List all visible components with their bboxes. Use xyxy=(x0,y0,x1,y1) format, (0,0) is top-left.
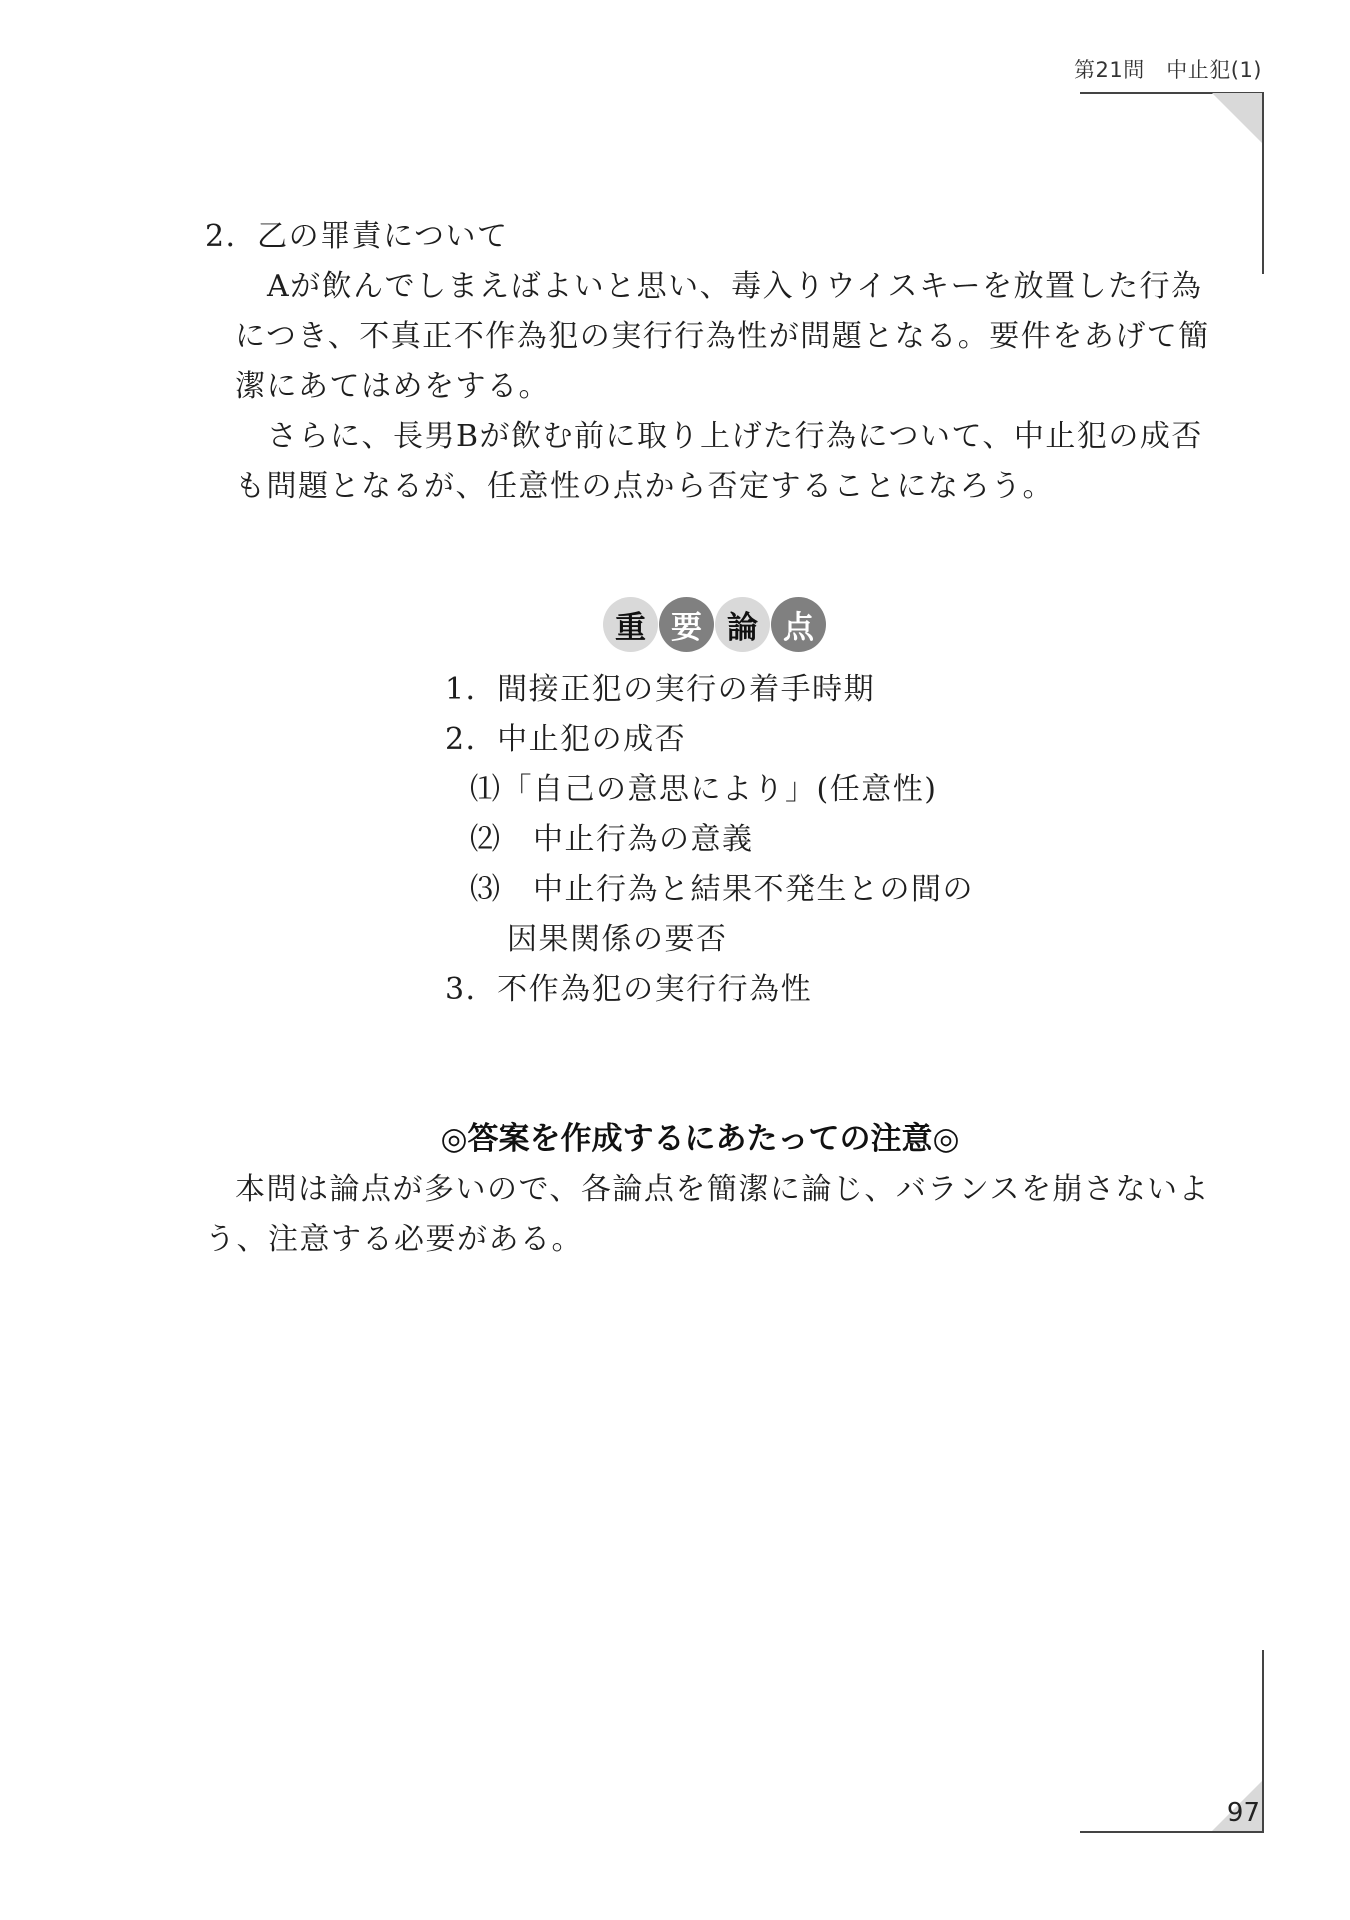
answer-note-body: 本問は論点が多いので、各論点を簡潔に論じ、バランスを崩さないよ う、注意する必要… xyxy=(205,1165,1210,1265)
section-2-paragraph: 2．乙の罪責について Aが飲んでしまえばよいと思い、毒入りウイスキーを放置した行… xyxy=(205,212,1235,512)
key-point-subitem: ⑶ 中止行為と結果不発生との間の xyxy=(445,865,974,915)
bottom-corner-rule-horizontal xyxy=(1080,1831,1264,1833)
section-heading: 2．乙の罪責について xyxy=(205,212,1235,262)
key-point-subitem: ⑵ 中止行為の意義 xyxy=(445,815,974,865)
paragraph-line: Aが飲んでしまえばよいと思い、毒入りウイスキーを放置した行為 xyxy=(205,262,1235,312)
key-points-list: 1．間接正犯の実行の着手時期 2．中止犯の成否 ⑴「自己の意思により」(任意性)… xyxy=(445,665,974,1015)
key-points-badge: 重 要 論 点 xyxy=(603,597,826,652)
bottom-corner-rule-vertical xyxy=(1262,1650,1264,1833)
running-header: 第21問 中止犯(1) xyxy=(1050,54,1262,84)
key-point-subitem-continued: 因果関係の要否 xyxy=(445,915,974,965)
key-point-subitem: ⑴「自己の意思により」(任意性) xyxy=(445,765,974,815)
key-point-item: 2．中止犯の成否 xyxy=(445,715,974,765)
top-corner-triangle xyxy=(1212,93,1262,143)
badge-circle: 重 xyxy=(603,597,658,652)
badge-circle: 点 xyxy=(771,597,826,652)
page-number: 97 xyxy=(1220,1798,1260,1828)
answer-note-title: ◎答案を作成するにあたっての注意◎ xyxy=(0,1113,1350,1158)
key-point-item: 1．間接正犯の実行の着手時期 xyxy=(445,665,974,715)
badge-circle: 論 xyxy=(715,597,770,652)
paragraph-line: さらに、長男Bが飲む前に取り上げた行為について、中止犯の成否 xyxy=(205,412,1235,462)
key-point-item: 3．不作為犯の実行行為性 xyxy=(445,965,974,1015)
paragraph-line: 本問は論点が多いので、各論点を簡潔に論じ、バランスを崩さないよ xyxy=(205,1165,1210,1215)
top-corner-rule-vertical xyxy=(1262,92,1264,274)
paragraph-line: につき、不真正不作為犯の実行行為性が問題となる。要件をあげて簡 xyxy=(205,312,1235,362)
paragraph-line: う、注意する必要がある。 xyxy=(205,1215,1210,1265)
paragraph-line: も問題となるが、任意性の点から否定することになろう。 xyxy=(205,462,1235,512)
paragraph-line: 潔にあてはめをする。 xyxy=(205,362,1235,412)
badge-circle: 要 xyxy=(659,597,714,652)
